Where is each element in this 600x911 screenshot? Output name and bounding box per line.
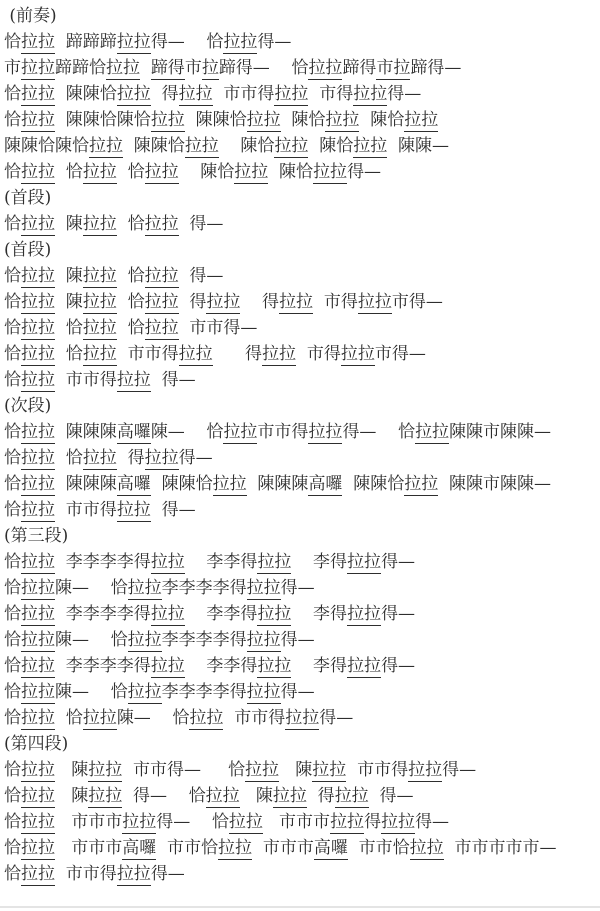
syllables: 陳 bbox=[240, 786, 273, 806]
underlined-syllables: 拉拉 bbox=[117, 32, 151, 54]
syllables: 李李得 bbox=[185, 656, 258, 676]
underlined-syllables: 拉拉 bbox=[151, 656, 185, 678]
underlined-syllables: 拉拉 bbox=[273, 786, 307, 808]
syllables: 恰 bbox=[4, 838, 21, 858]
syllables: 市市得 bbox=[257, 422, 308, 442]
score-line: 恰拉拉 蹄蹄蹄拉拉得— 恰拉拉得— bbox=[4, 29, 600, 55]
underlined-syllables: 拉拉 bbox=[381, 812, 415, 834]
score-line: 恰拉拉 恰拉拉 得拉拉得— bbox=[4, 445, 600, 471]
syllables: 陳 bbox=[55, 266, 83, 286]
underlined-syllables: 拉拉 bbox=[247, 682, 281, 704]
page-bottom-rule bbox=[0, 906, 600, 908]
syllables: 陳 bbox=[55, 786, 88, 806]
underlined-syllables: 拉拉 bbox=[21, 812, 55, 834]
underlined-syllables: 高囉 bbox=[314, 838, 348, 860]
underlined-syllables: 拉拉 bbox=[223, 422, 257, 444]
underlined-syllables: 拉拉 bbox=[21, 864, 55, 886]
syllables: 恰 bbox=[55, 318, 83, 338]
underlined-syllables: 拉拉 bbox=[257, 552, 291, 574]
underlined-syllables: 拉拉 bbox=[88, 786, 122, 808]
section-header: (首段) bbox=[4, 237, 600, 263]
section-header: (前奏) bbox=[4, 3, 600, 29]
underlined-syllables: 拉拉 bbox=[347, 552, 381, 574]
underlined-syllables: 拉拉 bbox=[83, 318, 117, 340]
syllables: 恰 bbox=[4, 812, 21, 832]
score-line: 市拉拉蹄蹄恰拉拉 蹄得市拉蹄得— 恰拉拉蹄得市拉蹄得— bbox=[4, 55, 600, 81]
underlined-syllables: 拉拉 bbox=[335, 786, 369, 808]
underlined-syllables: 拉拉 bbox=[89, 136, 123, 158]
underlined-syllables: 拉拉 bbox=[21, 838, 55, 860]
syllables: 得 bbox=[307, 786, 335, 806]
syllables: 恰 bbox=[4, 318, 21, 338]
syllables: 陳陳恰 bbox=[342, 474, 404, 494]
syllables: 陳陳恰 bbox=[185, 110, 247, 130]
syllables: (第三段) bbox=[4, 526, 68, 546]
underlined-syllables: 拉拉 bbox=[145, 292, 179, 314]
syllables: 得— bbox=[151, 864, 185, 884]
syllables: 李李李李得 bbox=[162, 682, 247, 702]
syllables: 陳— 恰 bbox=[55, 630, 128, 650]
syllables: 李李李李得 bbox=[55, 656, 151, 676]
syllables: 市 bbox=[4, 58, 21, 78]
underlined-syllables: 拉拉 bbox=[145, 266, 179, 288]
score-line: 恰拉拉 陳陳恰拉拉 得拉拉 市市得拉拉 市得拉拉得— bbox=[4, 81, 600, 107]
score-line: 恰拉拉 恰拉拉 恰拉拉 陳恰拉拉 陳恰拉拉得— bbox=[4, 159, 600, 185]
syllables: 得 bbox=[117, 448, 145, 468]
syllables: 恰 bbox=[4, 162, 21, 182]
underlined-syllables: 拉拉 bbox=[128, 630, 162, 652]
section-header: (次段) bbox=[4, 393, 600, 419]
underlined-syllables: 拉拉 bbox=[151, 552, 185, 574]
syllables: 市市恰 bbox=[156, 838, 218, 858]
syllables: 陳恰 bbox=[281, 110, 326, 130]
syllables: 市得— bbox=[375, 344, 426, 364]
underlined-syllables: 拉拉 bbox=[206, 292, 240, 314]
score-line: 恰拉拉 李李李李得拉拉 李李得拉拉 李得拉拉得— bbox=[4, 653, 600, 679]
syllables: 市市得 bbox=[55, 370, 117, 390]
underlined-syllables: 拉拉 bbox=[21, 474, 55, 496]
syllables: 得— bbox=[257, 32, 291, 52]
syllables: 恰 bbox=[55, 708, 83, 728]
syllables: 恰 bbox=[55, 344, 83, 364]
syllables: 蹄得— 恰 bbox=[219, 58, 309, 78]
syllables: 市得 bbox=[313, 292, 358, 312]
score-line: 恰拉拉 市市市拉拉得— 恰拉拉 市市市拉拉得拉拉得— bbox=[4, 809, 600, 835]
syllables: 市市市市市— bbox=[444, 838, 557, 858]
syllables: 恰 bbox=[4, 422, 21, 442]
syllables: 得— 恰 bbox=[156, 812, 229, 832]
syllables: 恰 bbox=[4, 864, 21, 884]
underlined-syllables: 拉拉 bbox=[21, 708, 55, 730]
underlined-syllables: 拉拉 bbox=[83, 266, 117, 288]
underlined-syllables: 拉拉 bbox=[353, 136, 387, 158]
syllables: 陳恰 bbox=[179, 162, 235, 182]
syllables: 陳陳市陳陳— bbox=[438, 474, 551, 494]
score-line: 恰拉拉陳— 恰拉拉李李李李得拉拉得— bbox=[4, 627, 600, 653]
underlined-syllables: 拉拉 bbox=[21, 656, 55, 678]
underlined-syllables: 拉拉 bbox=[21, 370, 55, 392]
underlined-syllables: 拉拉 bbox=[247, 110, 281, 132]
syllables: 市市市 bbox=[55, 838, 122, 858]
syllables: 市得 bbox=[296, 344, 341, 364]
underlined-syllables: 拉拉 bbox=[262, 344, 296, 366]
underlined-syllables: 拉拉 bbox=[21, 344, 55, 366]
underlined-syllables: 拉拉 bbox=[257, 604, 291, 626]
syllables: 李李李李得 bbox=[162, 578, 247, 598]
syllables: 得— 恰 bbox=[342, 422, 415, 442]
underlined-syllables: 高囉 bbox=[117, 422, 151, 444]
syllables: 恰 bbox=[4, 760, 21, 780]
score-line: 恰拉拉 恰拉拉陳— 恰拉拉 市市得拉拉得— bbox=[4, 705, 600, 731]
syllables: 蹄蹄蹄 bbox=[55, 32, 117, 52]
syllables: 李得 bbox=[291, 552, 347, 572]
syllables: 得— bbox=[387, 84, 421, 104]
syllables: 得— bbox=[179, 448, 213, 468]
syllables: 恰 bbox=[4, 708, 21, 728]
score-line: 恰拉拉 市市得拉拉 得— bbox=[4, 367, 600, 393]
underlined-syllables: 拉拉 bbox=[145, 214, 179, 236]
syllables: 市市得— bbox=[179, 318, 258, 338]
syllables: 陳陳— bbox=[387, 136, 449, 156]
syllables: 李李李李得 bbox=[162, 630, 247, 650]
underlined-syllables: 拉拉 bbox=[83, 344, 117, 366]
underlined-syllables: 拉拉 bbox=[408, 760, 442, 782]
underlined-syllables: 拉拉 bbox=[308, 58, 342, 80]
syllables: 得— bbox=[281, 682, 315, 702]
syllables: (首段) bbox=[4, 188, 51, 208]
underlined-syllables: 拉拉 bbox=[347, 656, 381, 678]
syllables: 陳恰 bbox=[268, 162, 313, 182]
underlined-syllables: 拉拉 bbox=[21, 162, 55, 184]
underlined-syllables: 拉拉 bbox=[83, 292, 117, 314]
section-header: (第三段) bbox=[4, 523, 600, 549]
syllables: 恰 bbox=[4, 630, 21, 650]
underlined-syllables: 拉拉 bbox=[21, 786, 55, 808]
syllables: 恰 bbox=[117, 162, 145, 182]
syllables: 市市得 bbox=[117, 344, 179, 364]
score-line: 恰拉拉 陳拉拉 市市得— 恰拉拉 陳拉拉 市市得拉拉得— bbox=[4, 757, 600, 783]
syllables: 恰 bbox=[4, 604, 21, 624]
underlined-syllables: 拉拉 bbox=[312, 760, 346, 782]
underlined-syllables: 拉拉 bbox=[213, 474, 247, 496]
syllables: 恰 bbox=[4, 578, 21, 598]
underlined-syllables: 拉拉 bbox=[83, 214, 117, 236]
underlined-syllables: 拉拉 bbox=[185, 136, 219, 158]
syllables: 李李李李得 bbox=[55, 552, 151, 572]
score-line: 恰拉拉 陳拉拉 恰拉拉 得— bbox=[4, 263, 600, 289]
syllables: 恰 bbox=[4, 84, 21, 104]
score-line: 恰拉拉 李李李李得拉拉 李李得拉拉 李得拉拉得— bbox=[4, 549, 600, 575]
underlined-syllables: 拉拉 bbox=[308, 422, 342, 444]
syllables: 恰 bbox=[4, 344, 21, 364]
underlined-syllables: 拉拉 bbox=[145, 448, 179, 470]
syllables: 陳陳市陳陳— bbox=[449, 422, 551, 442]
syllables: 得— bbox=[442, 760, 476, 780]
syllables: 市市市 bbox=[55, 812, 122, 832]
score-line: 恰拉拉 恰拉拉 市市得拉拉 得拉拉 市得拉拉市得— bbox=[4, 341, 600, 367]
underlined-syllables: 拉拉 bbox=[21, 214, 55, 236]
syllables: 得— 恰 bbox=[151, 32, 224, 52]
underlined-syllables: 拉拉 bbox=[285, 708, 319, 730]
score-line: 恰拉拉陳— 恰拉拉李李李李得拉拉得— bbox=[4, 575, 600, 601]
syllables: 得— 恰 bbox=[122, 786, 205, 806]
score-line: 恰拉拉 陳拉拉 恰拉拉 得拉拉 得拉拉 市得拉拉市得— bbox=[4, 289, 600, 315]
section-header: (首段) bbox=[4, 185, 600, 211]
syllables: (第四段) bbox=[4, 734, 68, 754]
underlined-syllables: 拉 bbox=[202, 58, 219, 80]
underlined-syllables: 拉拉 bbox=[21, 84, 55, 106]
syllables: 得— bbox=[347, 162, 381, 182]
underlined-syllables: 拉拉 bbox=[410, 838, 444, 860]
underlined-syllables: 高囉 bbox=[308, 474, 342, 496]
document-body: (前奏)恰拉拉 蹄蹄蹄拉拉得— 恰拉拉得—市拉拉蹄蹄恰拉拉 蹄得市拉蹄得— 恰拉… bbox=[4, 3, 600, 887]
underlined-syllables: 蹄得 bbox=[151, 58, 185, 80]
underlined-syllables: 拉拉 bbox=[247, 578, 281, 600]
underlined-syllables: 拉拉 bbox=[21, 110, 55, 132]
underlined-syllables: 拉拉 bbox=[128, 682, 162, 704]
underlined-syllables: 拉拉 bbox=[404, 110, 438, 132]
score-line: 恰拉拉 陳陳陳高囉陳— 恰拉拉市市得拉拉得— 恰拉拉陳陳市陳陳— bbox=[4, 419, 600, 445]
score-line: 恰拉拉 李李李李得拉拉 李李得拉拉 李得拉拉得— bbox=[4, 601, 600, 627]
underlined-syllables: 拉拉 bbox=[21, 266, 55, 288]
syllables: 恰 bbox=[4, 682, 21, 702]
score-line: 恰拉拉 陳拉拉 恰拉拉 得— bbox=[4, 211, 600, 237]
syllables: 李得 bbox=[291, 604, 347, 624]
syllables: 陳陳陳 bbox=[55, 422, 117, 442]
underlined-syllables: 拉拉 bbox=[179, 344, 213, 366]
syllables: 陳陳恰陳恰 bbox=[55, 110, 151, 130]
syllables: 陳— 恰 bbox=[55, 578, 128, 598]
underlined-syllables: 拉拉 bbox=[21, 552, 55, 574]
syllables: 陳 bbox=[55, 214, 83, 234]
underlined-syllables: 拉拉 bbox=[106, 58, 140, 80]
underlined-syllables: 拉拉 bbox=[128, 578, 162, 600]
syllables: 陳陳恰 bbox=[151, 474, 213, 494]
underlined-syllables: 高囉 bbox=[122, 838, 156, 860]
syllables: 陳陳陳 bbox=[55, 474, 117, 494]
syllables: 陳陳陳 bbox=[247, 474, 309, 494]
underlined-syllables: 拉拉 bbox=[83, 448, 117, 470]
syllables: 陳恰 bbox=[219, 136, 275, 156]
syllables: 恰 bbox=[4, 474, 21, 494]
score-line: 恰拉拉陳— 恰拉拉李李李李得拉拉得— bbox=[4, 679, 600, 705]
underlined-syllables: 拉拉 bbox=[21, 630, 55, 652]
underlined-syllables: 拉拉 bbox=[325, 110, 359, 132]
underlined-syllables: 拉拉 bbox=[313, 162, 347, 184]
underlined-syllables: 高囉 bbox=[117, 474, 151, 496]
underlined-syllables: 拉拉 bbox=[223, 32, 257, 54]
underlined-syllables: 拉拉 bbox=[117, 370, 151, 392]
syllables: 恰 bbox=[4, 110, 21, 130]
syllables: (次段) bbox=[4, 396, 51, 416]
underlined-syllables: 拉拉 bbox=[83, 162, 117, 184]
underlined-syllables: 拉拉 bbox=[358, 292, 392, 314]
underlined-syllables: 拉拉 bbox=[404, 474, 438, 496]
score-line: 恰拉拉 市市市高囉 市市恰拉拉 市市市高囉 市市恰拉拉 市市市市市— bbox=[4, 835, 600, 861]
underlined-syllables: 拉拉 bbox=[83, 708, 117, 730]
underlined-syllables: 拉拉 bbox=[21, 58, 55, 80]
score-line: 恰拉拉 陳陳陳高囉 陳陳恰拉拉 陳陳陳高囉 陳陳恰拉拉 陳陳市陳陳— bbox=[4, 471, 600, 497]
underlined-syllables: 拉拉 bbox=[21, 578, 55, 600]
syllables: 蹄蹄恰 bbox=[55, 58, 106, 78]
underlined-syllables: 拉拉 bbox=[145, 318, 179, 340]
underlined-syllables: 拉拉 bbox=[330, 812, 364, 834]
syllables: 陳陳恰 bbox=[123, 136, 185, 156]
underlined-syllables: 拉拉 bbox=[21, 292, 55, 314]
syllables: 陳陳恰 bbox=[55, 84, 117, 104]
syllables: 得— bbox=[281, 630, 315, 650]
syllables: 恰 bbox=[117, 214, 145, 234]
underlined-syllables: 拉拉 bbox=[415, 422, 449, 444]
syllables: 恰 bbox=[4, 656, 21, 676]
underlined-syllables: 拉拉 bbox=[21, 448, 55, 470]
syllables: 蹄得 bbox=[342, 58, 376, 78]
syllables: 陳— 恰 bbox=[117, 708, 190, 728]
underlined-syllables: 拉拉 bbox=[353, 84, 387, 106]
underlined-syllables: 拉拉 bbox=[21, 318, 55, 340]
syllables: 市市市 bbox=[252, 838, 314, 858]
score-line: 恰拉拉 市市得拉拉 得— bbox=[4, 497, 600, 523]
syllables: 市市市 bbox=[263, 812, 330, 832]
syllables: 得 bbox=[151, 84, 179, 104]
syllables: 恰 bbox=[117, 266, 145, 286]
syllables: 市市得— 恰 bbox=[122, 760, 245, 780]
syllables: 得— bbox=[381, 552, 415, 572]
underlined-syllables: 拉拉 bbox=[21, 422, 55, 444]
syllables: (首段) bbox=[4, 240, 51, 260]
underlined-syllables: 拉拉 bbox=[21, 500, 55, 522]
syllables: 得— bbox=[179, 214, 224, 234]
section-header: (第四段) bbox=[4, 731, 600, 757]
syllables: 恰 bbox=[4, 370, 21, 390]
syllables: 恰 bbox=[4, 786, 21, 806]
underlined-syllables: 拉拉 bbox=[21, 32, 55, 54]
syllables: 得— bbox=[319, 708, 353, 728]
underlined-syllables: 拉拉 bbox=[279, 292, 313, 314]
underlined-syllables: 拉拉 bbox=[341, 344, 375, 366]
syllables: 恰 bbox=[4, 292, 21, 312]
underlined-syllables: 拉拉 bbox=[117, 500, 151, 522]
underlined-syllables: 拉拉 bbox=[274, 136, 308, 158]
syllables: 陳恰 bbox=[359, 110, 404, 130]
underlined-syllables: 拉拉 bbox=[247, 630, 281, 652]
syllables: 恰 bbox=[55, 162, 83, 182]
underlined-syllables: 拉拉 bbox=[274, 84, 308, 106]
syllables bbox=[140, 58, 151, 78]
underlined-syllables: 拉拉 bbox=[21, 604, 55, 626]
syllables: 市得— bbox=[392, 292, 443, 312]
underlined-syllables: 拉拉 bbox=[229, 812, 263, 834]
syllables: 得— bbox=[151, 500, 196, 520]
underlined-syllables: 拉拉 bbox=[245, 760, 279, 782]
underlined-syllables: 拉拉 bbox=[206, 786, 240, 808]
syllables: 陳— 恰 bbox=[151, 422, 224, 442]
syllables: 恰 bbox=[117, 318, 145, 338]
syllables: 得— bbox=[369, 786, 414, 806]
underlined-syllables: 拉拉 bbox=[234, 162, 268, 184]
syllables: 陳陳恰陳恰 bbox=[4, 136, 89, 156]
underlined-syllables: 市拉 bbox=[376, 58, 410, 80]
syllables: 李李得 bbox=[185, 552, 258, 572]
syllables: 得— bbox=[415, 812, 449, 832]
score-line: 恰拉拉 陳陳恰陳恰拉拉 陳陳恰拉拉 陳恰拉拉 陳恰拉拉 bbox=[4, 107, 600, 133]
score-line: 陳陳恰陳恰拉拉 陳陳恰拉拉 陳恰拉拉 陳恰拉拉 陳陳— bbox=[4, 133, 600, 159]
score-line: 恰拉拉 恰拉拉 恰拉拉 市市得— bbox=[4, 315, 600, 341]
syllables: 得 bbox=[213, 344, 262, 364]
underlined-syllables: 拉拉 bbox=[122, 812, 156, 834]
syllables: 恰 bbox=[4, 552, 21, 572]
syllables: 市市恰 bbox=[348, 838, 410, 858]
syllables: 市 bbox=[185, 58, 202, 78]
syllables: 恰 bbox=[55, 448, 83, 468]
syllables: 李得 bbox=[291, 656, 347, 676]
syllables: 得— bbox=[281, 578, 315, 598]
syllables: 得— bbox=[381, 656, 415, 676]
syllables: 市市得 bbox=[55, 864, 117, 884]
syllables: 得— bbox=[381, 604, 415, 624]
underlined-syllables: 拉拉 bbox=[218, 838, 252, 860]
syllables: 市得 bbox=[308, 84, 353, 104]
underlined-syllables: 拉拉 bbox=[21, 682, 55, 704]
syllables: 得— bbox=[179, 266, 224, 286]
underlined-syllables: 拉拉 bbox=[151, 110, 185, 132]
syllables: 陳恰 bbox=[308, 136, 353, 156]
syllables: 陳 bbox=[279, 760, 312, 780]
syllables: 得 bbox=[179, 292, 207, 312]
syllables: 恰 bbox=[4, 266, 21, 286]
syllables: 恰 bbox=[4, 448, 21, 468]
syllables: 陳 bbox=[55, 760, 88, 780]
syllables: 恰 bbox=[4, 32, 21, 52]
underlined-syllables: 拉拉 bbox=[117, 864, 151, 886]
syllables: 陳— 恰 bbox=[55, 682, 128, 702]
syllables: 得 bbox=[240, 292, 279, 312]
underlined-syllables: 拉拉 bbox=[21, 760, 55, 782]
syllables: 恰 bbox=[4, 500, 21, 520]
syllables: 市市得 bbox=[213, 84, 275, 104]
syllables: 陳 bbox=[55, 292, 83, 312]
underlined-syllables: 拉拉 bbox=[145, 162, 179, 184]
syllables: 蹄得— bbox=[410, 58, 461, 78]
underlined-syllables: 拉拉 bbox=[347, 604, 381, 626]
score-line: 恰拉拉 陳拉拉 得— 恰拉拉 陳拉拉 得拉拉 得— bbox=[4, 783, 600, 809]
syllables: (前奏) bbox=[4, 6, 57, 26]
syllables: 李李得 bbox=[185, 604, 258, 624]
syllables: 得— bbox=[151, 370, 196, 390]
underlined-syllables: 拉拉 bbox=[151, 604, 185, 626]
syllables: 得 bbox=[364, 812, 381, 832]
syllables: 恰 bbox=[4, 214, 21, 234]
underlined-syllables: 拉拉 bbox=[179, 84, 213, 106]
underlined-syllables: 拉拉 bbox=[189, 708, 223, 730]
underlined-syllables: 拉拉 bbox=[117, 84, 151, 106]
syllables: 市市得 bbox=[346, 760, 408, 780]
score-line: 恰拉拉 市市得拉拉得— bbox=[4, 861, 600, 887]
underlined-syllables: 拉拉 bbox=[257, 656, 291, 678]
syllables: 市市得 bbox=[55, 500, 117, 520]
underlined-syllables: 拉拉 bbox=[88, 760, 122, 782]
syllables: 市市得 bbox=[223, 708, 285, 728]
syllables: 恰 bbox=[117, 292, 145, 312]
syllables: 李李李李得 bbox=[55, 604, 151, 624]
